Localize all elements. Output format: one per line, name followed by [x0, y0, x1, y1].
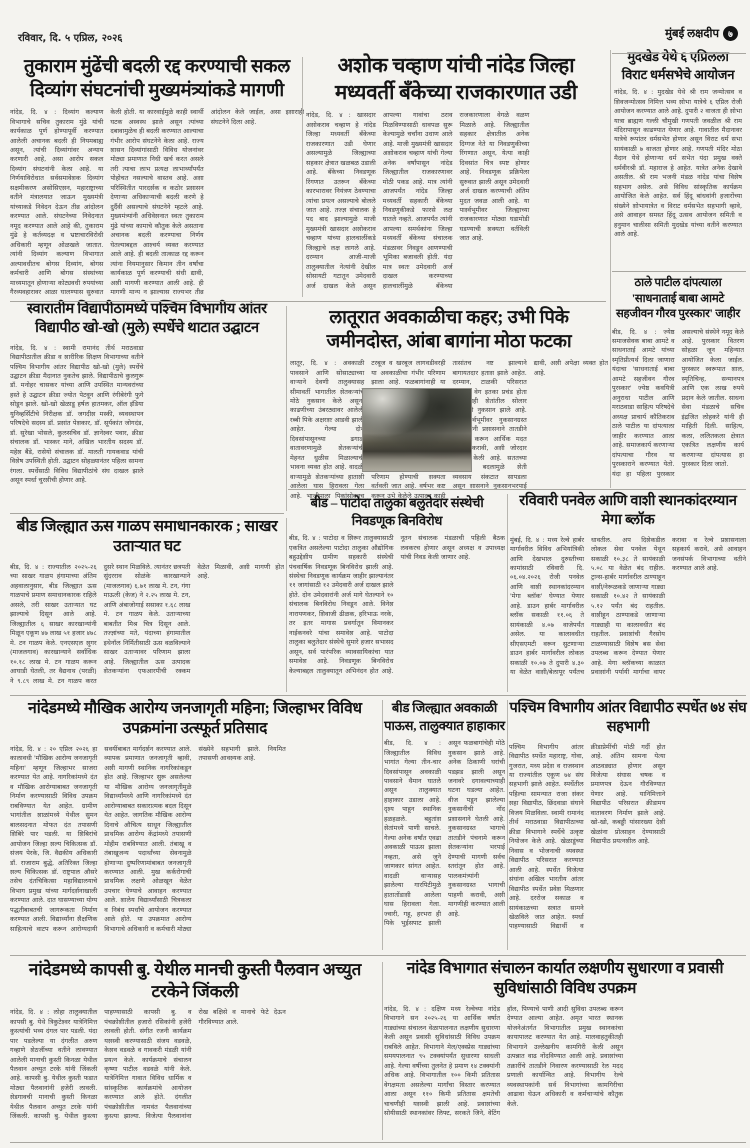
- article-headline: स्वारातीम विद्यापीठामध्ये पश्चिम विभागीय…: [10, 300, 284, 339]
- divider: [10, 301, 606, 302]
- divider: [10, 1142, 746, 1143]
- column-divider: [507, 494, 508, 692]
- article-megablock: रविवारी पनवेल आणि वाशी स्थानकांदरम्यान म…: [510, 492, 746, 684]
- article-body: नांदेड, दि. ४ : दिव्यांग कल्याण विभागाचे…: [10, 108, 304, 304]
- article-thale: ठाले पाटील दांपत्याला 'साधनाताई बाबा आमट…: [612, 276, 744, 484]
- divider: [10, 695, 746, 696]
- divider: [612, 53, 746, 54]
- column-divider: [286, 306, 287, 511]
- divider: [10, 955, 746, 956]
- article-body: बीड, दि. ४ : ज्येष्ठ समाजसेवक बाबा आमटे …: [612, 328, 744, 484]
- article-headline: बीड जिल्ह्यात अवकाळी पाऊस, तालुक्यात हाह…: [384, 699, 505, 734]
- article-headline: बीड – पाटोदा तालुका बलुतेदार संस्थेची नि…: [289, 494, 505, 529]
- article-railway: नांदेड विभागात संचालन कार्यात लक्षणीय सु…: [384, 959, 746, 1127]
- column-divider: [302, 57, 303, 297]
- article-headline: नांदेडमध्ये मौखिक आरोग्य जनजागृती महिना;…: [10, 699, 380, 740]
- article-headline: ठाले पाटील दांपत्याला 'साधनाताई बाबा आमट…: [612, 276, 744, 323]
- article-oral-health: नांदेडमध्ये मौखिक आरोग्य जनजागृती महिना;…: [10, 699, 380, 943]
- article-headline: लातूरात अवकाळीचा कहर; उभी पिके जमीनदोस्त…: [290, 306, 608, 354]
- article-body: मुंबई, दि. ४ : मध्य रेल्वे हार्बर मार्गा…: [510, 536, 746, 684]
- article-beed-rain: बीड जिल्ह्यात अवकाळी पाऊस, तालुक्यात हाह…: [384, 699, 505, 935]
- article-body: नांदेड, दि. ४ : खासदार अशोकराव चव्हाण हे…: [306, 111, 606, 299]
- column-divider: [610, 50, 611, 488]
- article-sports74: पश्चिम विभागीय आंतर विद्यापीठ स्पर्धेत ७…: [509, 699, 747, 939]
- article-headline: अशोक चव्हाण यांची नांदेड जिल्हा मध्यवर्त…: [306, 53, 606, 106]
- edition-date: रविवार, दि. ५ एप्रिल, २०२६: [18, 30, 123, 44]
- article-headline: नांदेड विभागात संचालन कार्यात लक्षणीय सु…: [384, 959, 746, 1000]
- newspaper-page: रविवार, दि. ५ एप्रिल, २०२६ मुंबई लक्षदीप…: [0, 0, 750, 1148]
- article-body: नांदेड, दि. ४ : लोहा तालुक्यातील कापसी ब…: [10, 1008, 380, 1130]
- column-divider: [382, 962, 383, 1140]
- article-headline: बीड जिल्ह्यात ऊस गाळप समाधानकारक ; साखर …: [10, 517, 284, 558]
- article-mudkhed: मुदखेड येथे ६ एप्रिलला विराट धर्मसभेचे आ…: [614, 48, 742, 258]
- masthead: मुंबई लक्षदीप ७: [665, 26, 738, 41]
- article-body: नांदेड, दि. ४ : स्वामी रामानंद तीर्थ मरा…: [10, 344, 284, 490]
- article-chavan: अशोक चव्हाण यांची नांदेड जिल्हा मध्यवर्त…: [306, 53, 606, 299]
- article-headline: रविवारी पनवेल आणि वाशी स्थानकांदरम्यान म…: [510, 492, 746, 531]
- article-body: नांदेड, दि. ४ : २० एप्रिल २०२६ हा कालावध…: [10, 745, 380, 943]
- article-body: नांदेड, दि. ४ : दक्षिण मध्य रेल्वेच्या न…: [384, 1005, 746, 1127]
- divider: [288, 489, 746, 490]
- article-body: पश्चिम विभागीय आंतर विद्यापीठ स्पर्धेत म…: [509, 743, 747, 939]
- article-headline: तुकाराम मुंढेंची बदली रद्द करण्याची सकल …: [10, 55, 304, 103]
- article-headline: नांदेडमध्ये कापसी बु. येथील मानची कुस्ती…: [10, 959, 380, 1003]
- article-mundhe: तुकाराम मुंढेंची बदली रद्द करण्याची सकल …: [10, 55, 304, 304]
- divider: [612, 271, 746, 272]
- article-body: नांदेड, दि. ४ : मुदखेड येथे श्री राम जन्…: [614, 88, 742, 258]
- article-body: बीड, दि. ४ : जिल्ह्यातील विविध भागांत गे…: [384, 739, 505, 935]
- article-kusti: नांदेडमध्ये कापसी बु. येथील मानची कुस्ती…: [10, 959, 380, 1130]
- article-headline: पश्चिम विभागीय आंतर विद्यापीठ स्पर्धेत ७…: [509, 699, 747, 738]
- article-sugar: बीड जिल्ह्यात ऊस गाळप समाधानकारक ; साखर …: [10, 517, 284, 689]
- masthead-title: मुंबई लक्षदीप: [665, 26, 719, 41]
- article-body: बीड, दि. ४ : राज्यातील २०२५-२६ च्या साखर…: [10, 563, 284, 689]
- page-number-badge: ७: [723, 26, 738, 41]
- divider: [10, 513, 284, 514]
- article-patoda: बीड – पाटोदा तालुका बलुतेदार संस्थेची नि…: [289, 494, 505, 682]
- article-khokho: स्वारातीम विद्यापीठामध्ये पश्चिम विभागीय…: [10, 300, 284, 490]
- column-divider: [507, 700, 508, 950]
- column-divider: [382, 700, 383, 950]
- storm-damage-orchard-photo: [362, 388, 472, 472]
- column-divider: [286, 518, 287, 692]
- article-body: बीड, दि. ४ : पाटोदा व शिरूर तालुक्यासाठी…: [289, 534, 505, 682]
